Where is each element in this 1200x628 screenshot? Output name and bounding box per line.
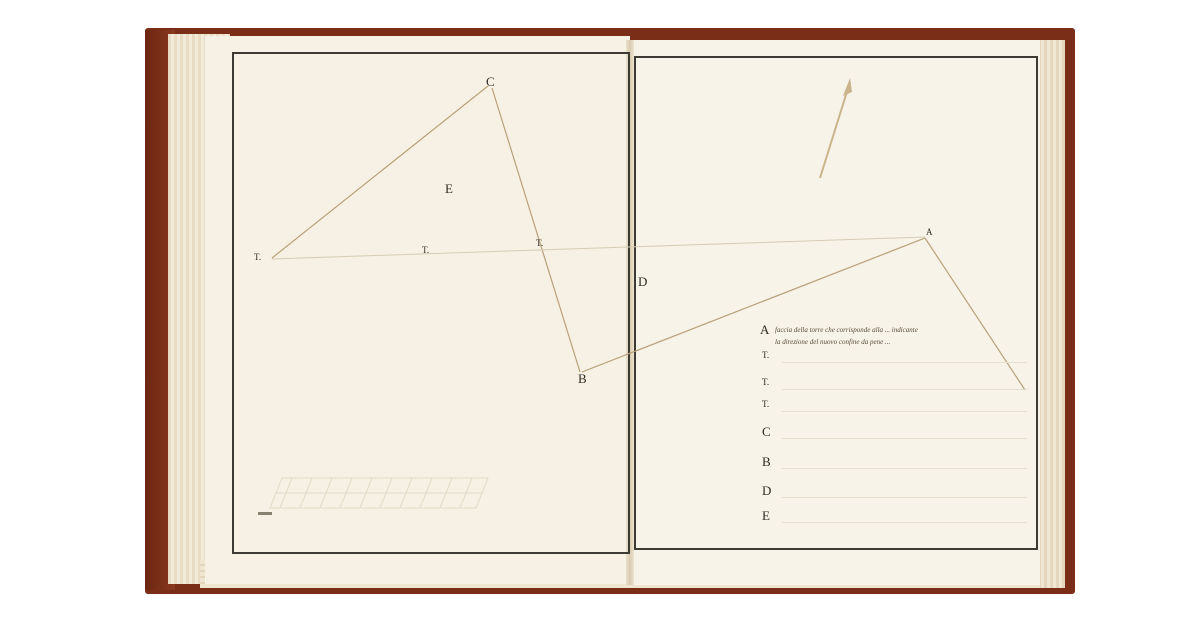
legend-row-label: B [762,454,771,470]
legend-row-label: E [762,508,770,524]
line-C-B [492,88,580,372]
legend-header-label: A [760,322,769,338]
legend-row-line [782,468,1027,469]
legend-row-line [782,522,1027,523]
line-A-edge [925,238,1025,390]
point-label-D: D [638,274,647,290]
legend-row-line [782,389,1027,390]
legend-row-label: C [762,424,771,440]
legend-row-label: T. [762,399,769,409]
point-label-T1: T. [536,238,543,248]
point-label-T3: T. [254,252,261,262]
legend-row-line [782,411,1027,412]
point-label-T2: T. [422,245,429,255]
point-label-E: E [445,181,453,197]
legend-row-label: T. [762,350,769,360]
legend-row-label: D [762,483,771,499]
legend-row-line [782,497,1027,498]
legend-row-line [782,362,1027,363]
legend-header-text-1: faccia della torre che corrisponde alla … [775,326,918,334]
scale-bar-icon [270,478,488,508]
legend-header-text-2: la direzione del nuovo confine da pene .… [775,338,890,346]
point-label-C: C [486,74,495,90]
legend-row-label: T. [762,377,769,387]
north-arrow-icon [820,78,852,178]
legend-row-line [782,438,1027,439]
baseline-T-A [272,237,925,259]
point-label-B: B [578,371,587,387]
point-label-A: A [926,227,933,237]
line-T3-C [272,86,488,258]
scale-bar-mark [258,512,272,515]
survey-drawing [0,0,1200,628]
line-B-A [582,238,925,372]
